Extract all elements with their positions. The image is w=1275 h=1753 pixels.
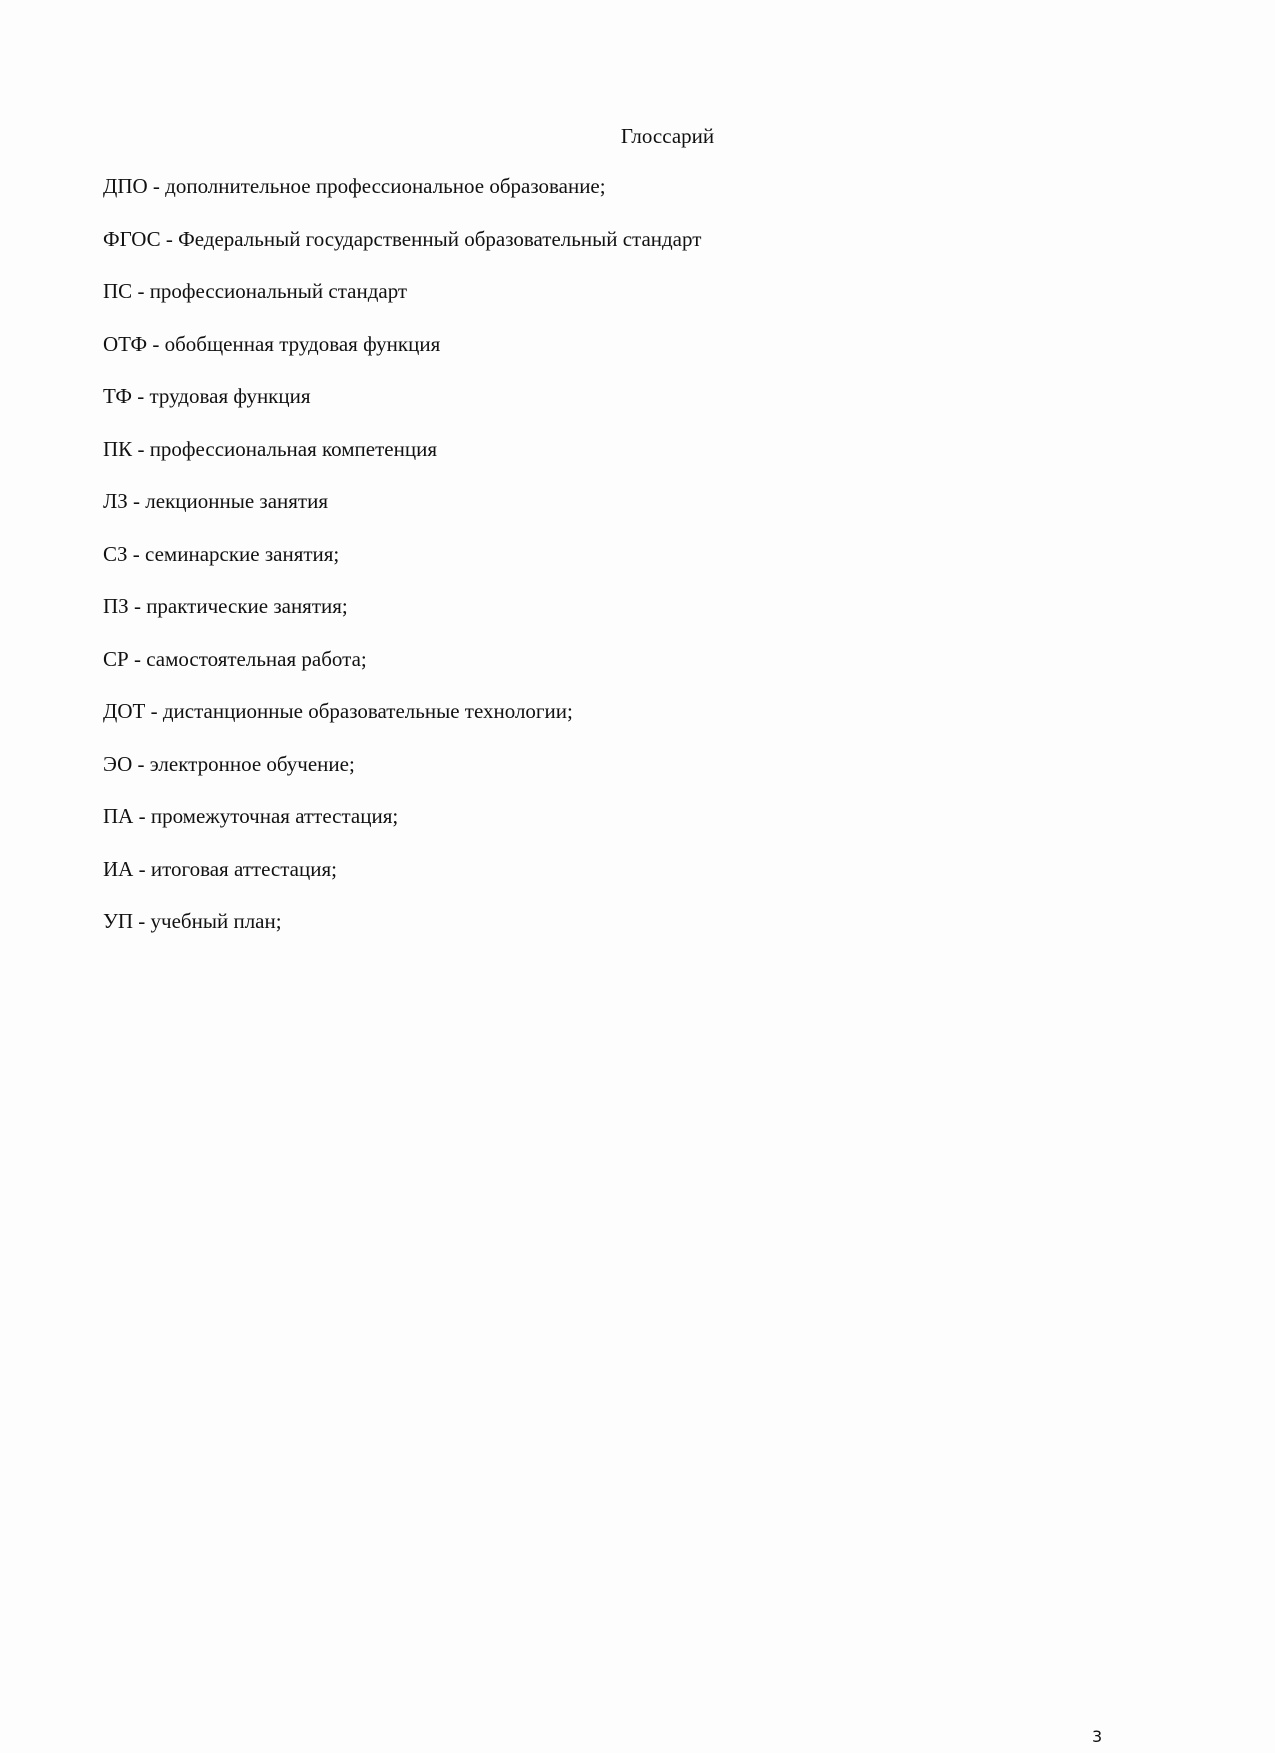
glossary-title: Глоссарий bbox=[0, 124, 1275, 149]
entry-definition: обобщенная трудовая функция bbox=[165, 332, 441, 356]
glossary-entry: ИА - итоговая аттестация; bbox=[103, 855, 701, 908]
entry-abbreviation: ПА bbox=[103, 804, 133, 828]
glossary-entry: ЛЗ - лекционные занятия bbox=[103, 487, 701, 540]
glossary-entry: СР - самостоятельная работа; bbox=[103, 645, 701, 698]
entry-definition: семинарские занятия; bbox=[145, 542, 339, 566]
entry-definition: лекционные занятия bbox=[145, 489, 328, 513]
entry-definition: самостоятельная работа; bbox=[146, 647, 367, 671]
page-number: 3 bbox=[1092, 1727, 1102, 1746]
entry-abbreviation: УП bbox=[103, 909, 133, 933]
document-page: Глоссарий ДПО - дополнительное профессио… bbox=[0, 0, 1275, 1753]
entry-definition: профессиональная компетенция bbox=[150, 437, 437, 461]
entry-separator: - bbox=[132, 752, 150, 776]
glossary-entry: ТФ - трудовая функция bbox=[103, 382, 701, 435]
glossary-entry: ДПО - дополнительное профессиональное об… bbox=[103, 172, 701, 225]
entry-abbreviation: ЭО bbox=[103, 752, 132, 776]
entry-abbreviation: СЗ bbox=[103, 542, 128, 566]
entry-separator: - bbox=[132, 437, 150, 461]
entry-definition: промежуточная аттестация; bbox=[151, 804, 398, 828]
entry-separator: - bbox=[161, 227, 179, 251]
entry-definition: Федеральный государственный образователь… bbox=[178, 227, 701, 251]
entry-abbreviation: СР bbox=[103, 647, 129, 671]
entry-separator: - bbox=[132, 384, 150, 408]
entry-separator: - bbox=[132, 279, 150, 303]
entry-abbreviation: ПЗ bbox=[103, 594, 129, 618]
entry-separator: - bbox=[128, 542, 146, 566]
glossary-entry: УП - учебный план; bbox=[103, 907, 701, 960]
entry-abbreviation: ПС bbox=[103, 279, 132, 303]
entry-definition: итоговая аттестация; bbox=[151, 857, 337, 881]
entry-abbreviation: ИА bbox=[103, 857, 133, 881]
entry-separator: - bbox=[129, 647, 147, 671]
glossary-entry: ОТФ - обобщенная трудовая функция bbox=[103, 330, 701, 383]
entry-separator: - bbox=[145, 699, 163, 723]
glossary-entry: ПА - промежуточная аттестация; bbox=[103, 802, 701, 855]
entry-separator: - bbox=[128, 489, 146, 513]
entry-definition: профессиональный стандарт bbox=[150, 279, 407, 303]
entry-abbreviation: ПК bbox=[103, 437, 132, 461]
glossary-entry: ПС - профессиональный стандарт bbox=[103, 277, 701, 330]
glossary-entry: СЗ - семинарские занятия; bbox=[103, 540, 701, 593]
entry-separator: - bbox=[129, 594, 147, 618]
entry-abbreviation: ЛЗ bbox=[103, 489, 128, 513]
entry-separator: - bbox=[133, 804, 151, 828]
glossary-entry: ПК - профессиональная компетенция bbox=[103, 435, 701, 488]
entry-definition: дополнительное профессиональное образова… bbox=[165, 174, 605, 198]
glossary-entry: ПЗ - практические занятия; bbox=[103, 592, 701, 645]
entry-definition: трудовая функция bbox=[149, 384, 310, 408]
glossary-entry: ДОТ - дистанционные образовательные техн… bbox=[103, 697, 701, 750]
glossary-entry: ФГОС - Федеральный государственный образ… bbox=[103, 225, 701, 278]
glossary-list: ДПО - дополнительное профессиональное об… bbox=[103, 172, 701, 960]
entry-separator: - bbox=[147, 332, 165, 356]
entry-separator: - bbox=[133, 857, 151, 881]
entry-separator: - bbox=[133, 909, 151, 933]
entry-abbreviation: ОТФ bbox=[103, 332, 147, 356]
entry-definition: электронное обучение; bbox=[150, 752, 355, 776]
entry-abbreviation: ФГОС bbox=[103, 227, 161, 251]
entry-definition: практические занятия; bbox=[146, 594, 348, 618]
entry-abbreviation: ТФ bbox=[103, 384, 132, 408]
entry-definition: учебный план; bbox=[151, 909, 282, 933]
entry-abbreviation: ДОТ bbox=[103, 699, 145, 723]
glossary-entry: ЭО - электронное обучение; bbox=[103, 750, 701, 803]
entry-definition: дистанционные образовательные технологии… bbox=[163, 699, 573, 723]
entry-separator: - bbox=[148, 174, 166, 198]
entry-abbreviation: ДПО bbox=[103, 174, 148, 198]
